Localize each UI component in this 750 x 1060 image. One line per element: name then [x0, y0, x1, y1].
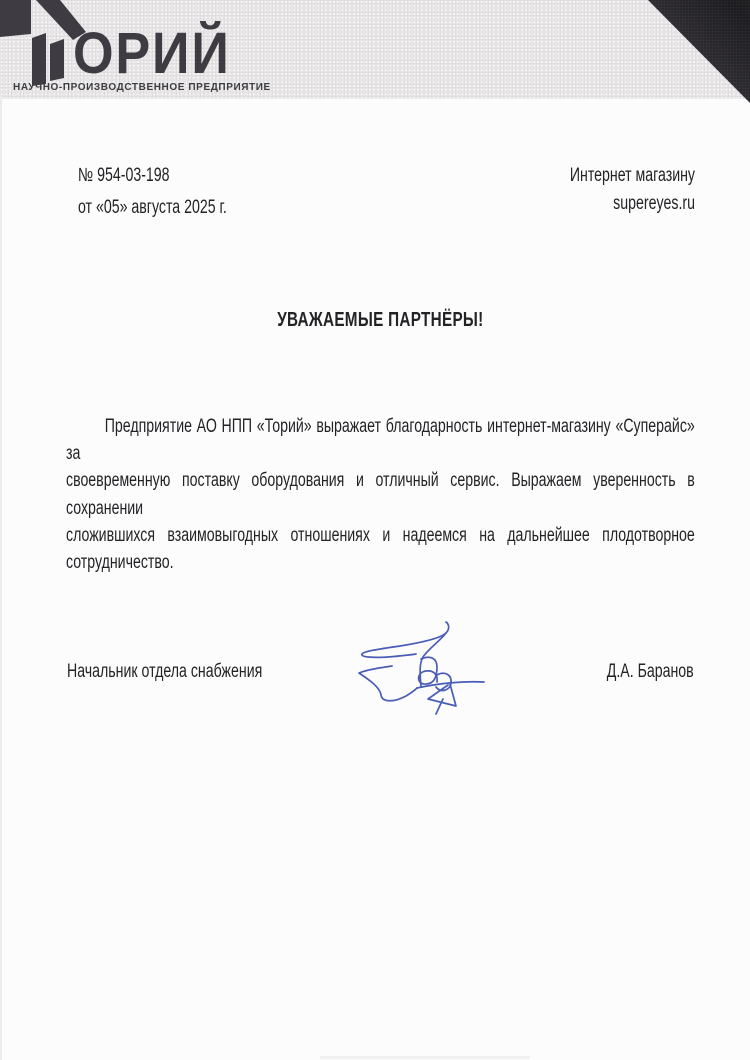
body-line: своевременную поставку оборудования и от…: [66, 467, 695, 521]
logo-wordmark: ОРИЙ: [73, 25, 231, 83]
body-line: сотрудничество.: [66, 549, 695, 576]
recipient-line: Интернет магазину: [570, 162, 695, 190]
scan-edge-artifact: [0, 96, 2, 1060]
recipient-block: Интернет магазину supereyes.ru: [527, 162, 695, 218]
body-line: сложившихся взаимовыгодных отношениях и …: [66, 522, 695, 549]
body-line: Предприятие АО НПП «Торий» выражает благ…: [66, 413, 695, 467]
letter-heading: УВАЖАЕМЫЕ ПАРТНЁРЫ!: [66, 308, 695, 332]
scan-bottom-artifact: [320, 1056, 530, 1059]
recipient-domain: supereyes.ru: [570, 190, 695, 218]
reference-date: от «05» августа 2025 г.: [78, 192, 227, 224]
body-paragraph: Предприятие АО НПП «Торий» выражает благ…: [66, 413, 695, 576]
reference-block: № 954-03-198 от «05» августа 2025 г.: [78, 160, 227, 224]
signer-name: Д.А. Баранов: [607, 661, 694, 683]
signature-ink-strokes: [359, 622, 484, 714]
signer-position: Начальник отдела снабжения: [67, 661, 262, 683]
signature-scribble: [340, 595, 520, 730]
logo-tagline: НАУЧНО-ПРОИЗВОДСТВЕННОЕ ПРЕДПРИЯТИЕ: [13, 82, 271, 93]
letter-page: ОРИЙ НАУЧНО-ПРОИЗВОДСТВЕННОЕ ПРЕДПРИЯТИЕ…: [0, 0, 750, 1060]
reference-number: № 954-03-198: [78, 160, 227, 192]
